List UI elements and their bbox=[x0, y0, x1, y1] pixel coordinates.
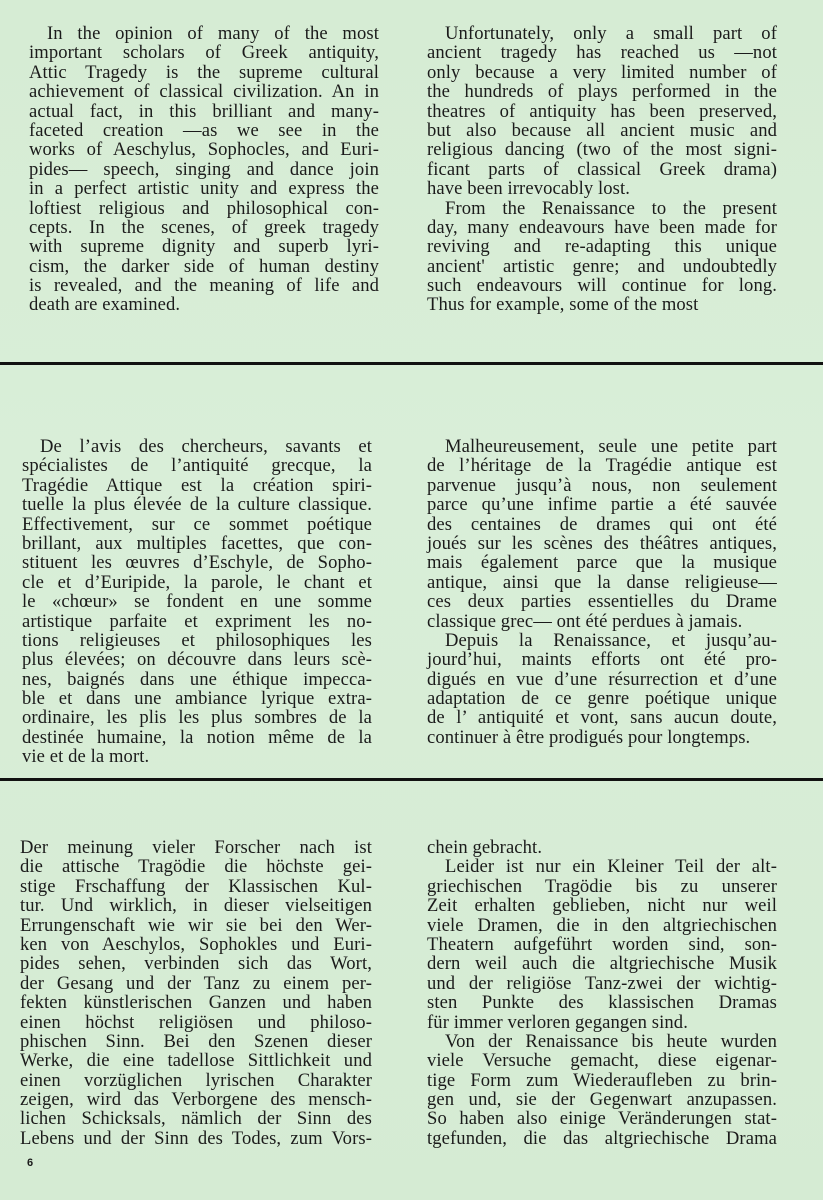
text-line: vie et de la mort. bbox=[22, 747, 372, 766]
text-line: Theatern aufgeführt worden sind, son- bbox=[427, 935, 777, 954]
text-line: Malheureusement, seule une petite part bbox=[427, 437, 777, 456]
text-line: brillant, aux multiples facettes, que co… bbox=[22, 534, 372, 553]
text-line: tions religieuses et philosophiques les bbox=[22, 631, 372, 650]
text-line: De l’avis des chercheurs, savants et bbox=[22, 437, 372, 456]
text-line: jourd’hui, maints efforts ont été pro- bbox=[427, 650, 777, 669]
text-line: viele Dramen, die in den altgriechischen bbox=[427, 916, 777, 935]
text-line: important scholars of Greek antiquity, bbox=[29, 43, 379, 62]
text-line: Der meinung vieler Forscher nach ist bbox=[20, 838, 372, 857]
text-line: Tragédie Attique est la création spiri- bbox=[22, 476, 372, 495]
text-line: cism, the darker side of human destiny bbox=[29, 257, 379, 276]
text-line: Thus for example, some of the most bbox=[427, 295, 777, 314]
text-line: cepts. In the scenes, of greek tragedy bbox=[29, 218, 379, 237]
text-line: de l’héritage de la Tragédie antique est bbox=[427, 456, 777, 475]
text-line: lichen Schicksals, nämlich der Sinn des bbox=[20, 1109, 372, 1128]
text-line: Errungenschaft wie wir sie bei den Wer- bbox=[20, 916, 372, 935]
page-number: 6 bbox=[27, 1157, 33, 1169]
text-line: have been irrevocably lost. bbox=[427, 179, 777, 198]
text-line: tgefunden, die das altgriechische Drama bbox=[427, 1129, 777, 1148]
text-line: phischen Sinn. Bei den Szenen dieser bbox=[20, 1032, 372, 1051]
text-line: und der religiöse Tanz-zwei der wichtig- bbox=[427, 974, 777, 993]
text-line: nes, baignés dans une éthique impecca- bbox=[22, 670, 372, 689]
text-line: pides sehen, verbinden sich das Wort, bbox=[20, 954, 372, 973]
text-line: zeigen, wird das Verborgene des mensch- bbox=[20, 1090, 372, 1109]
text-line: works of Aeschylus, Sophocles, and Euri- bbox=[29, 140, 379, 159]
text-line: ken von Aeschylos, Sophokles und Euri- bbox=[20, 935, 372, 954]
text-line: stituent les œuvres d’Eschyle, de Sopho- bbox=[22, 553, 372, 572]
text-line: In the opinion of many of the most bbox=[29, 24, 379, 43]
text-line: fekten künstlerischen Ganzen und haben bbox=[20, 993, 372, 1012]
text-line: die attische Tragödie die höchste gei- bbox=[20, 857, 372, 876]
text-line: continuer à être prodigués pour longtemp… bbox=[427, 728, 777, 747]
document-page: In the opinion of many of the mostimport… bbox=[0, 0, 823, 1200]
section-divider-rule bbox=[0, 778, 823, 781]
text-line: viele Versuche gemacht, diese eigenar- bbox=[427, 1051, 777, 1070]
text-line: tuelle la plus élevée de la culture clas… bbox=[22, 495, 372, 514]
text-line: Effectivement, sur ce sommet poétique bbox=[22, 515, 372, 534]
text-line: cle et d’Euripide, la parole, le chant e… bbox=[22, 573, 372, 592]
text-line: day, many endeavours have been made for bbox=[427, 218, 777, 237]
text-line: für immer verloren gegangen sind. bbox=[427, 1013, 777, 1032]
text-line: digués en vue d’une résurrection et d’un… bbox=[427, 670, 777, 689]
text-line: dern weil auch die altgriechische Musik bbox=[427, 954, 777, 973]
text-line: only because a very limited number of bbox=[427, 63, 777, 82]
text-line: Werke, die eine tadellose Sittlichkeit u… bbox=[20, 1051, 372, 1070]
text-line: From the Renaissance to the present bbox=[427, 199, 777, 218]
text-line: stige Frschaffung der Klassischen Kul- bbox=[20, 877, 372, 896]
text-line: griechischen Tragödie bis zu unserer bbox=[427, 877, 777, 896]
text-line: is revealed, and the meaning of life and bbox=[29, 276, 379, 295]
text-line: destinée humaine, la notion même de la bbox=[22, 728, 372, 747]
text-line: Unfortunately, only a small part of bbox=[427, 24, 777, 43]
french-left-column: De l’avis des chercheurs, savants etspéc… bbox=[22, 437, 372, 767]
french-right-column: Malheureusement, seule une petite partde… bbox=[427, 437, 777, 747]
text-line: parce qu’une infime partie a été sauvée bbox=[427, 495, 777, 514]
text-line: Von der Renaissance bis heute wurden bbox=[427, 1032, 777, 1051]
german-left-column: Der meinung vieler Forscher nach istdie … bbox=[20, 838, 372, 1148]
text-line: gen und, sie der Gegenwart anzupassen. bbox=[427, 1090, 777, 1109]
english-right-column: Unfortunately, only a small part ofancie… bbox=[427, 24, 777, 315]
text-line: pides— speech, singing and dance join bbox=[29, 160, 379, 179]
text-line: adaptation de ce genre poétique unique bbox=[427, 689, 777, 708]
text-line: artistique parfaite et expriment les no- bbox=[22, 612, 372, 631]
text-line: actual fact, in this brilliant and many- bbox=[29, 102, 379, 121]
text-line: classique grec— ont été perdues à jamais… bbox=[427, 612, 777, 631]
text-line: Zeit erhalten geblieben, nicht nur weil bbox=[427, 896, 777, 915]
text-line: der Gesang und der Tanz zu einem per- bbox=[20, 974, 372, 993]
text-line: death are examined. bbox=[29, 295, 379, 314]
text-line: spécialistes de l’antiquité grecque, la bbox=[22, 456, 372, 475]
text-line: des centaines de drames qui ont été bbox=[427, 515, 777, 534]
text-line: ficant parts of classical Greek drama) bbox=[427, 160, 777, 179]
text-line: with supreme dignity and superb lyri- bbox=[29, 237, 379, 256]
text-line: loftiest religious and philosophical con… bbox=[29, 199, 379, 218]
text-line: faceted creation —as we see in the bbox=[29, 121, 379, 140]
text-line: le «chœur» se fondent en une somme bbox=[22, 592, 372, 611]
text-line: einen höchst religiösen und philoso- bbox=[20, 1013, 372, 1032]
section-divider-rule bbox=[0, 362, 823, 365]
text-line: achievement of classical civilization. A… bbox=[29, 82, 379, 101]
text-line: Leider ist nur ein Kleiner Teil der alt- bbox=[427, 857, 777, 876]
text-line: such endeavours will continue for long. bbox=[427, 276, 777, 295]
text-line: Lebens und der Sinn des Todes, zum Vors- bbox=[20, 1129, 372, 1148]
text-line: ancient' artistic genre; and undoubtedly bbox=[427, 257, 777, 276]
text-line: theatres of antiquity has been preserved… bbox=[427, 102, 777, 121]
text-line: chein gebracht. bbox=[427, 838, 777, 857]
text-line: in a perfect artistic unity and express … bbox=[29, 179, 379, 198]
text-line: plus élevées; on découvre dans leurs scè… bbox=[22, 650, 372, 669]
text-line: but also because all ancient music and bbox=[427, 121, 777, 140]
text-line: ancient tragedy has reached us —not bbox=[427, 43, 777, 62]
text-line: tige Form zum Wiederaufleben zu brin- bbox=[427, 1071, 777, 1090]
text-line: ble et dans une ambiance lyrique extra- bbox=[22, 689, 372, 708]
text-line: Attic Tragedy is the supreme cultural bbox=[29, 63, 379, 82]
text-line: parvenue jusqu’à nous, non seulement bbox=[427, 476, 777, 495]
text-line: ordinaire, les plis les plus sombres de … bbox=[22, 708, 372, 727]
text-line: einen vorzüglichen lyrischen Charakter bbox=[20, 1071, 372, 1090]
text-line: mais également parce que la musique bbox=[427, 553, 777, 572]
german-right-column: chein gebracht.Leider ist nur ein Kleine… bbox=[427, 838, 777, 1148]
text-line: antique, ainsi que la danse religieuse— bbox=[427, 573, 777, 592]
text-line: de l’ antiquité et vont, sans aucun dout… bbox=[427, 708, 777, 727]
text-line: the hundreds of plays performed in the bbox=[427, 82, 777, 101]
text-line: ces deux parties essentielles du Drame bbox=[427, 592, 777, 611]
english-left-column: In the opinion of many of the mostimport… bbox=[29, 24, 379, 315]
text-line: sten Punkte des klassischen Dramas bbox=[427, 993, 777, 1012]
text-line: So haben also einige Veränderungen stat- bbox=[427, 1109, 777, 1128]
text-line: joués sur les scènes des théâtres antiqu… bbox=[427, 534, 777, 553]
text-line: Depuis la Renaissance, et jusqu’au- bbox=[427, 631, 777, 650]
text-line: religious dancing (two of the most signi… bbox=[427, 140, 777, 159]
text-line: tur. Und wirklich, in dieser vielseitige… bbox=[20, 896, 372, 915]
text-line: reviving and re-adapting this unique bbox=[427, 237, 777, 256]
